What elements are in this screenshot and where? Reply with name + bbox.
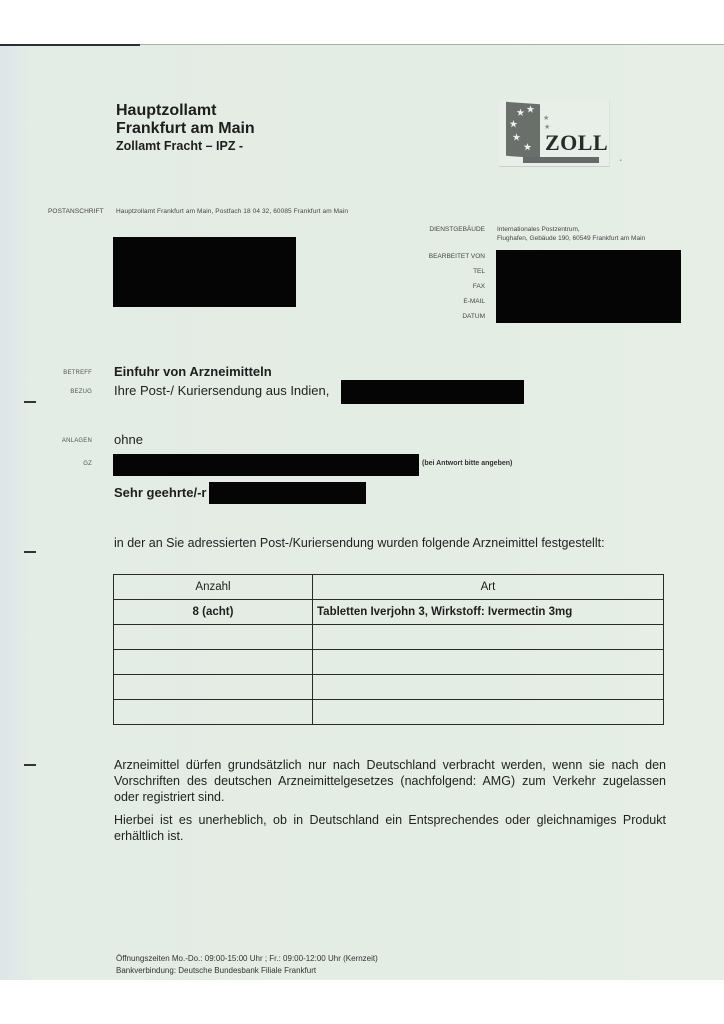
zoll-logo: ★ ★ ★ ★ ★ ★ ★ ZOLL [499, 100, 610, 167]
email-label: E-MAIL [405, 298, 485, 305]
gz-hint: (bei Antwort bitte angeben) [422, 460, 512, 467]
table-row: 8 (acht) Tabletten Iverjohn 3, Wirkstoff… [114, 600, 664, 625]
table-header-row: Anzahl Art [114, 575, 664, 600]
paragraph-product: Hierbei ist es unerheblich, ob in Deutsc… [114, 812, 666, 844]
scan-edge-line-light [140, 44, 724, 45]
betreff-label: BETREFF [32, 370, 92, 376]
redacted-contact-details [496, 250, 681, 323]
cell-art: Tabletten Iverjohn 3, Wirkstoff: Ivermec… [313, 600, 664, 625]
postanschrift-label: POSTANSCHRIFT [48, 208, 104, 215]
table-row [114, 650, 664, 675]
cell-art [313, 675, 664, 700]
cell-anzahl [114, 625, 313, 650]
table-row [114, 675, 664, 700]
column-header-art: Art [313, 575, 664, 600]
attachments: ohne [114, 432, 143, 447]
fold-mark [24, 764, 36, 766]
redacted-recipient-name [209, 482, 366, 504]
fax-label: FAX [405, 283, 485, 290]
postanschrift-address: Hauptzollamt Frankfurt am Main, Postfach… [116, 208, 348, 215]
org-department: Zollamt Fracht – IPZ - [116, 139, 243, 153]
table-row [114, 625, 664, 650]
tel-label: TEL [405, 268, 485, 275]
org-name-line2: Frankfurt am Main [116, 120, 255, 138]
cell-anzahl: 8 (acht) [114, 600, 313, 625]
paragraph-amg: Arzneimittel dürfen grundsätzlich nur na… [114, 757, 666, 805]
reference: Ihre Post-/ Kuriersendung aus Indien, [114, 383, 329, 398]
column-header-anzahl: Anzahl [114, 575, 313, 600]
gz-label: GZ [32, 461, 92, 467]
cell-anzahl [114, 700, 313, 725]
redacted-file-number [113, 454, 419, 476]
scan-edge-line [0, 44, 140, 46]
bezug-label: BEZUG [32, 389, 92, 395]
fold-mark [24, 401, 36, 403]
dienstgebaeude-line1: Internationales Postzentrum, [497, 225, 645, 234]
bearbeitet-von-label: BEARBEITET VON [405, 253, 485, 260]
cell-art [313, 650, 664, 675]
punch-mark [24, 551, 36, 553]
scan-mark: ʻ [620, 158, 622, 167]
redacted-shipment-reference [341, 380, 524, 404]
intro-text: in der an Sie adressierten Post-/Kuriers… [114, 536, 605, 550]
opening-hours: Öffnungszeiten Mo.-Do.: 09:00-15:00 Uhr … [116, 954, 378, 963]
anlagen-label: ANLAGEN [32, 438, 92, 444]
subject: Einfuhr von Arzneimitteln [114, 364, 272, 379]
eu-flag-stars-icon: ★ ★ ★ ★ ★ [506, 102, 540, 158]
logo-text: ZOLL [545, 130, 608, 156]
cell-art [313, 625, 664, 650]
redacted-recipient-address [113, 237, 296, 307]
bank-details: Bankverbindung: Deutsche Bundesbank Fili… [116, 966, 316, 975]
logo-bar [523, 157, 599, 163]
dienstgebaeude-line2: Flughafen, Gebäude 190, 60549 Frankfurt … [497, 234, 645, 243]
cell-anzahl [114, 650, 313, 675]
cell-art [313, 700, 664, 725]
cell-anzahl [114, 675, 313, 700]
medication-table: Anzahl Art 8 (acht) Tabletten Iverjohn 3… [113, 574, 664, 725]
org-name-line1: Hauptzollamt [116, 102, 216, 120]
dienstgebaeude-label: DIENSTGEBÄUDE [405, 226, 485, 233]
datum-label: DATUM [405, 313, 485, 320]
dienstgebaeude-address: Internationales Postzentrum, Flughafen, … [497, 225, 645, 243]
table-row [114, 700, 664, 725]
salutation: Sehr geehrte/-r [114, 485, 206, 500]
